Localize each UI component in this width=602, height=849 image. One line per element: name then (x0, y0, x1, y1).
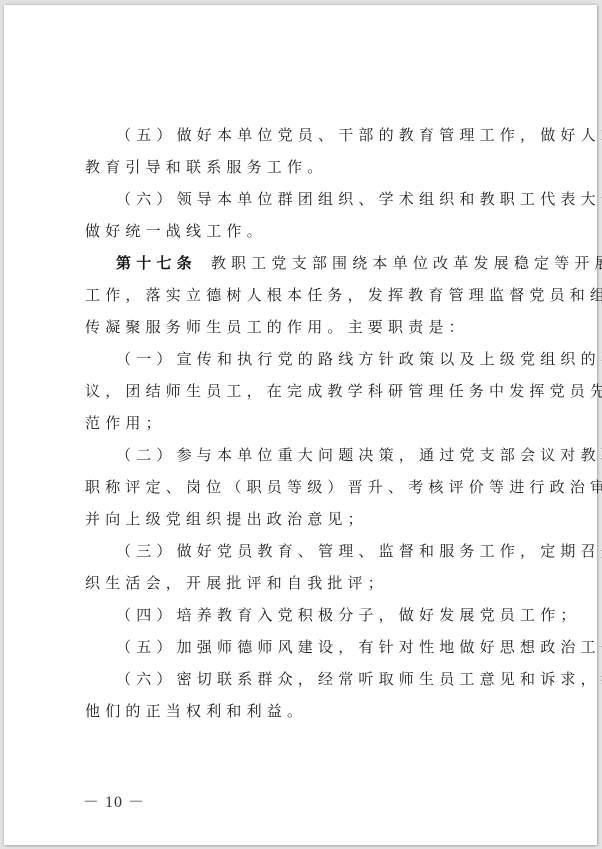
article-heading-line: 第十七条教职工党支部围绕本单位改革发展稳定等开展 (85, 247, 525, 279)
paragraph-line: （四）培养教育入党积极分子，做好发展党员工作； (85, 599, 525, 631)
paragraph-line: （五）加强师德师风建设，有针对性地做好思想政治工作； (85, 631, 525, 663)
paragraph-line: 范作用； (85, 407, 525, 439)
paragraph-line: 教育引导和联系服务工作。 (85, 151, 525, 183)
article-text: 教职工党支部围绕本单位改革发展稳定等开展 (211, 254, 602, 272)
paragraph-line: （二）参与本单位重大问题决策，通过党支部会议对教职工 (85, 439, 525, 471)
paragraph-line: 职称评定、岗位（职员等级）晋升、考核评价等进行政治审查， (85, 471, 525, 503)
document-page: （五）做好本单位党员、干部的教育管理工作，做好人才的 教育引导和联系服务工作。 … (4, 5, 597, 845)
paragraph-line: （三）做好党员教育、管理、监督和服务工作，定期召开组 (85, 535, 525, 567)
paragraph-line: （五）做好本单位党员、干部的教育管理工作，做好人才的 (85, 119, 525, 151)
paragraph-line: 并向上级党组织提出政治意见； (85, 503, 525, 535)
article-number: 第十七条 (116, 254, 197, 272)
document-body: （五）做好本单位党员、干部的教育管理工作，做好人才的 教育引导和联系服务工作。 … (85, 119, 525, 727)
paragraph-line: 议，团结师生员工，在完成教学科研管理任务中发挥党员先锋模 (85, 375, 525, 407)
paragraph-line: 他们的正当权利和利益。 (85, 695, 525, 727)
paragraph-line: 织生活会，开展批评和自我批评； (85, 567, 525, 599)
paragraph-line: （一）宣传和执行党的路线方针政策以及上级党组织的决 (85, 343, 525, 375)
paragraph-line: 做好统一战线工作。 (85, 215, 525, 247)
paragraph-line: 工作，落实立德树人根本任务，发挥教育管理监督党员和组织宣 (85, 279, 525, 311)
paragraph-line: （六）密切联系群众，经常听取师生员工意见和诉求，维护 (85, 663, 525, 695)
paragraph-line: 传凝聚服务师生员工的作用。主要职责是： (85, 311, 525, 343)
paragraph-line: （六）领导本单位群团组织、学术组织和教职工代表大会。 (85, 183, 525, 215)
page-number: － 10 － (83, 789, 145, 812)
